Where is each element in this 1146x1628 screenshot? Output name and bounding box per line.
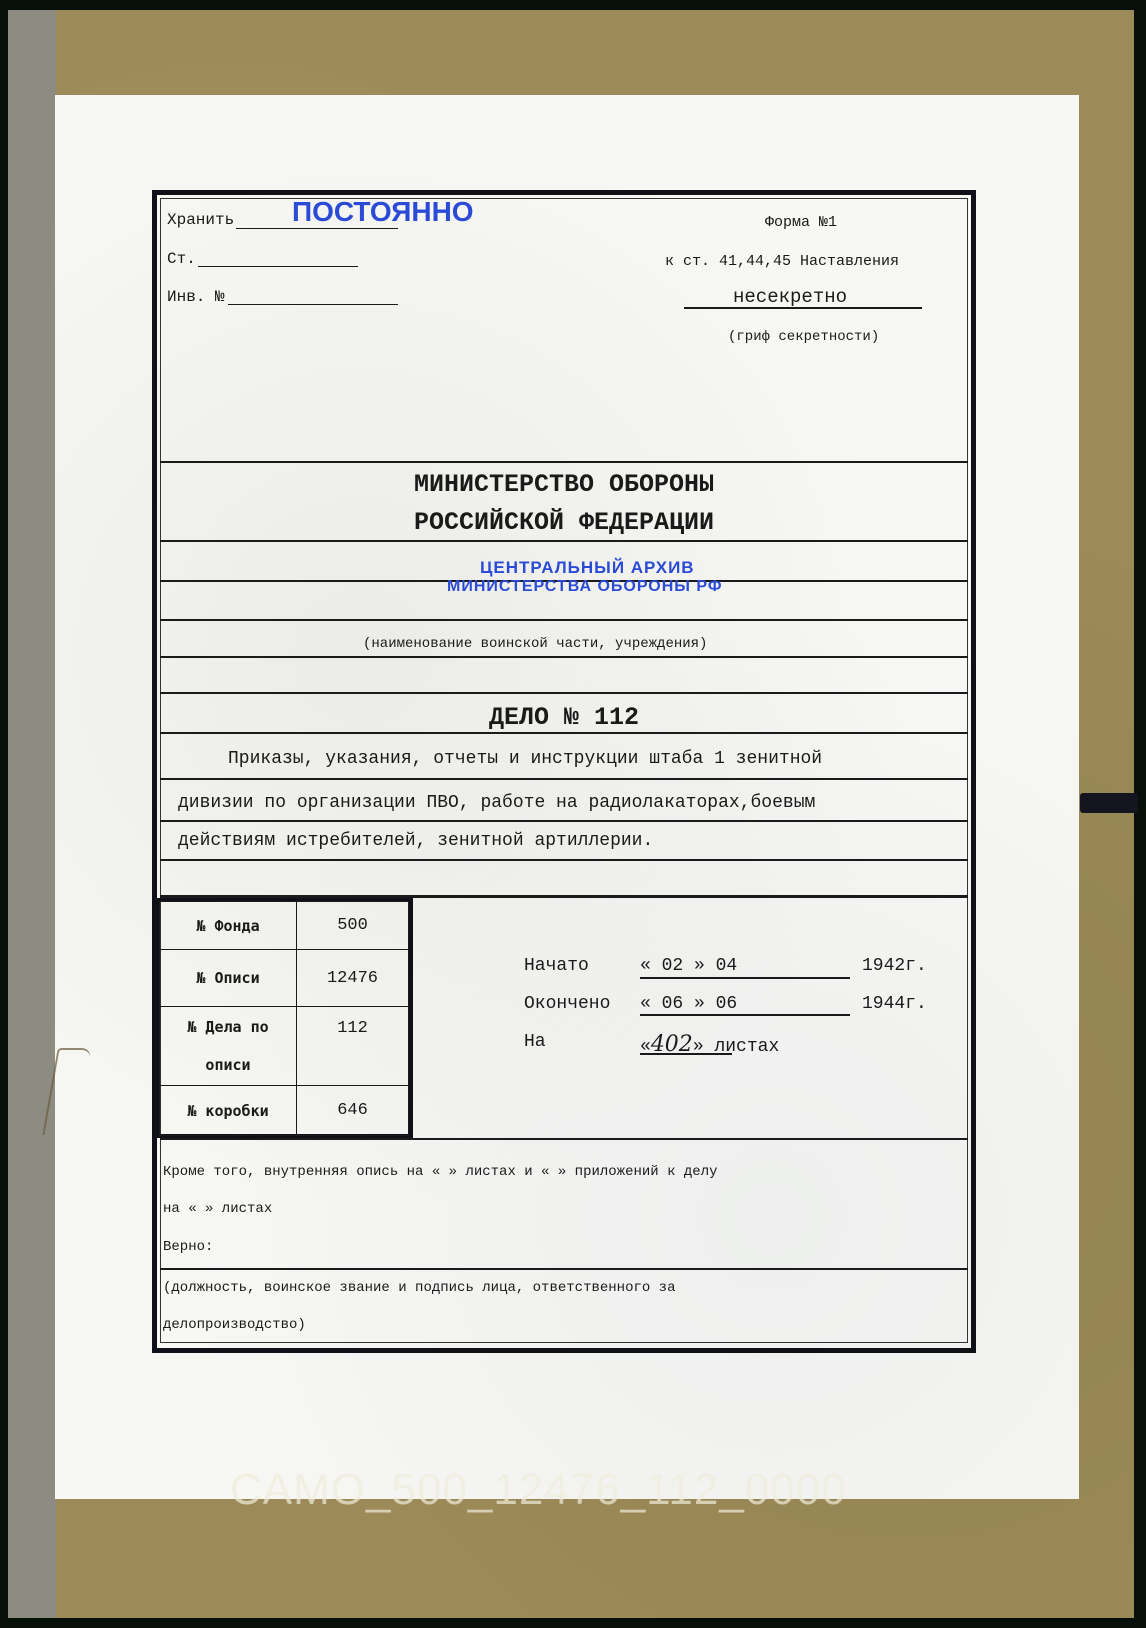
opis-label: № Описи [160, 950, 297, 1007]
archive-stamp-line-2: МИНИСТЕРСТВА ОБОРОНЫ РФ [447, 578, 723, 596]
delo-label: № Дела по описи [160, 1007, 297, 1086]
folder-tie-string [1080, 793, 1138, 813]
delo-value: 112 [297, 1007, 409, 1086]
table-row: № Фонда 500 [160, 902, 409, 950]
folder-spine [8, 10, 56, 1618]
box-label: № коробки [160, 1086, 297, 1136]
table-row: № коробки 646 [160, 1086, 409, 1136]
rule [160, 656, 968, 658]
inventory-note-line-2: на « » листах [163, 1201, 272, 1217]
signature-caption-line-1: (должность, воинское звание и подпись ли… [163, 1280, 675, 1296]
ended-year: 1944г. [862, 994, 927, 1014]
inv-label: Инв. № [167, 288, 225, 306]
st-field [198, 266, 358, 267]
keep-stamp: ПОСТОЯННО [292, 196, 474, 228]
case-title: ДЕЛО № 112 [160, 703, 968, 732]
box-value: 646 [297, 1086, 409, 1136]
started-label: Начато [524, 956, 589, 976]
article-reference: к ст. 41,44,45 Наставления [665, 253, 899, 270]
rule [160, 619, 968, 621]
registry-table: № Фонда 500 № Описи 12476 № Дела по опис… [157, 898, 413, 1138]
rule [160, 692, 968, 694]
keep-label: Хранить [167, 211, 234, 229]
ended-label: Окончено [524, 994, 610, 1014]
table-row: № Дела по описи 112 [160, 1007, 409, 1086]
opis-value: 12476 [297, 950, 409, 1007]
ended-value: « 06 » 06 [640, 994, 737, 1014]
secrecy-caption: (гриф секретности) [728, 329, 879, 345]
signature-caption-line-2: делопроизводство) [163, 1317, 306, 1333]
fond-value: 500 [297, 902, 409, 950]
rule [160, 540, 968, 542]
case-description-line-3: действиям истребителей, зенитной артилле… [178, 831, 653, 851]
rule [160, 461, 968, 463]
rule [160, 732, 968, 734]
started-value: « 02 » 04 [640, 956, 737, 976]
started-year: 1942г. [862, 956, 927, 976]
secrecy-value: несекретно [733, 286, 847, 308]
rule [160, 859, 968, 861]
sheets-label: На [524, 1032, 546, 1052]
archive-stamp-line-1: ЦЕНТРАЛЬНЫЙ АРХИВ [480, 558, 695, 578]
ministry-line-1: МИНИСТЕРСТВО ОБОРОНЫ [160, 470, 968, 499]
rule [160, 778, 968, 780]
verified-label: Верно: [163, 1239, 213, 1255]
table-row: № Описи 12476 [160, 950, 409, 1007]
fond-label: № Фонда [160, 902, 297, 950]
archive-watermark: CAMO_500_12476_112_0000 [230, 1465, 847, 1515]
form-number: Форма №1 [765, 214, 837, 231]
rule [160, 820, 968, 822]
secrecy-underline [684, 307, 922, 309]
rule [160, 1268, 968, 1270]
ministry-line-2: РОССИЙСКОЙ ФЕДЕРАЦИИ [160, 508, 968, 537]
case-description-line-2: дивизии по организации ПВО, работе на ра… [178, 793, 815, 813]
st-label: Ст. [167, 250, 196, 268]
unit-caption: (наименование воинской части, учреждения… [363, 636, 707, 652]
rule [160, 1138, 968, 1140]
ended-underline [640, 1014, 850, 1016]
inventory-note-line-1: Кроме того, внутренняя опись на « » лист… [163, 1164, 718, 1180]
sheets-underline [640, 1053, 732, 1055]
started-underline [640, 977, 850, 979]
inv-field [228, 304, 398, 305]
case-description-line-1: Приказы, указания, отчеты и инструкции ш… [228, 749, 822, 769]
keep-underline [236, 228, 398, 229]
